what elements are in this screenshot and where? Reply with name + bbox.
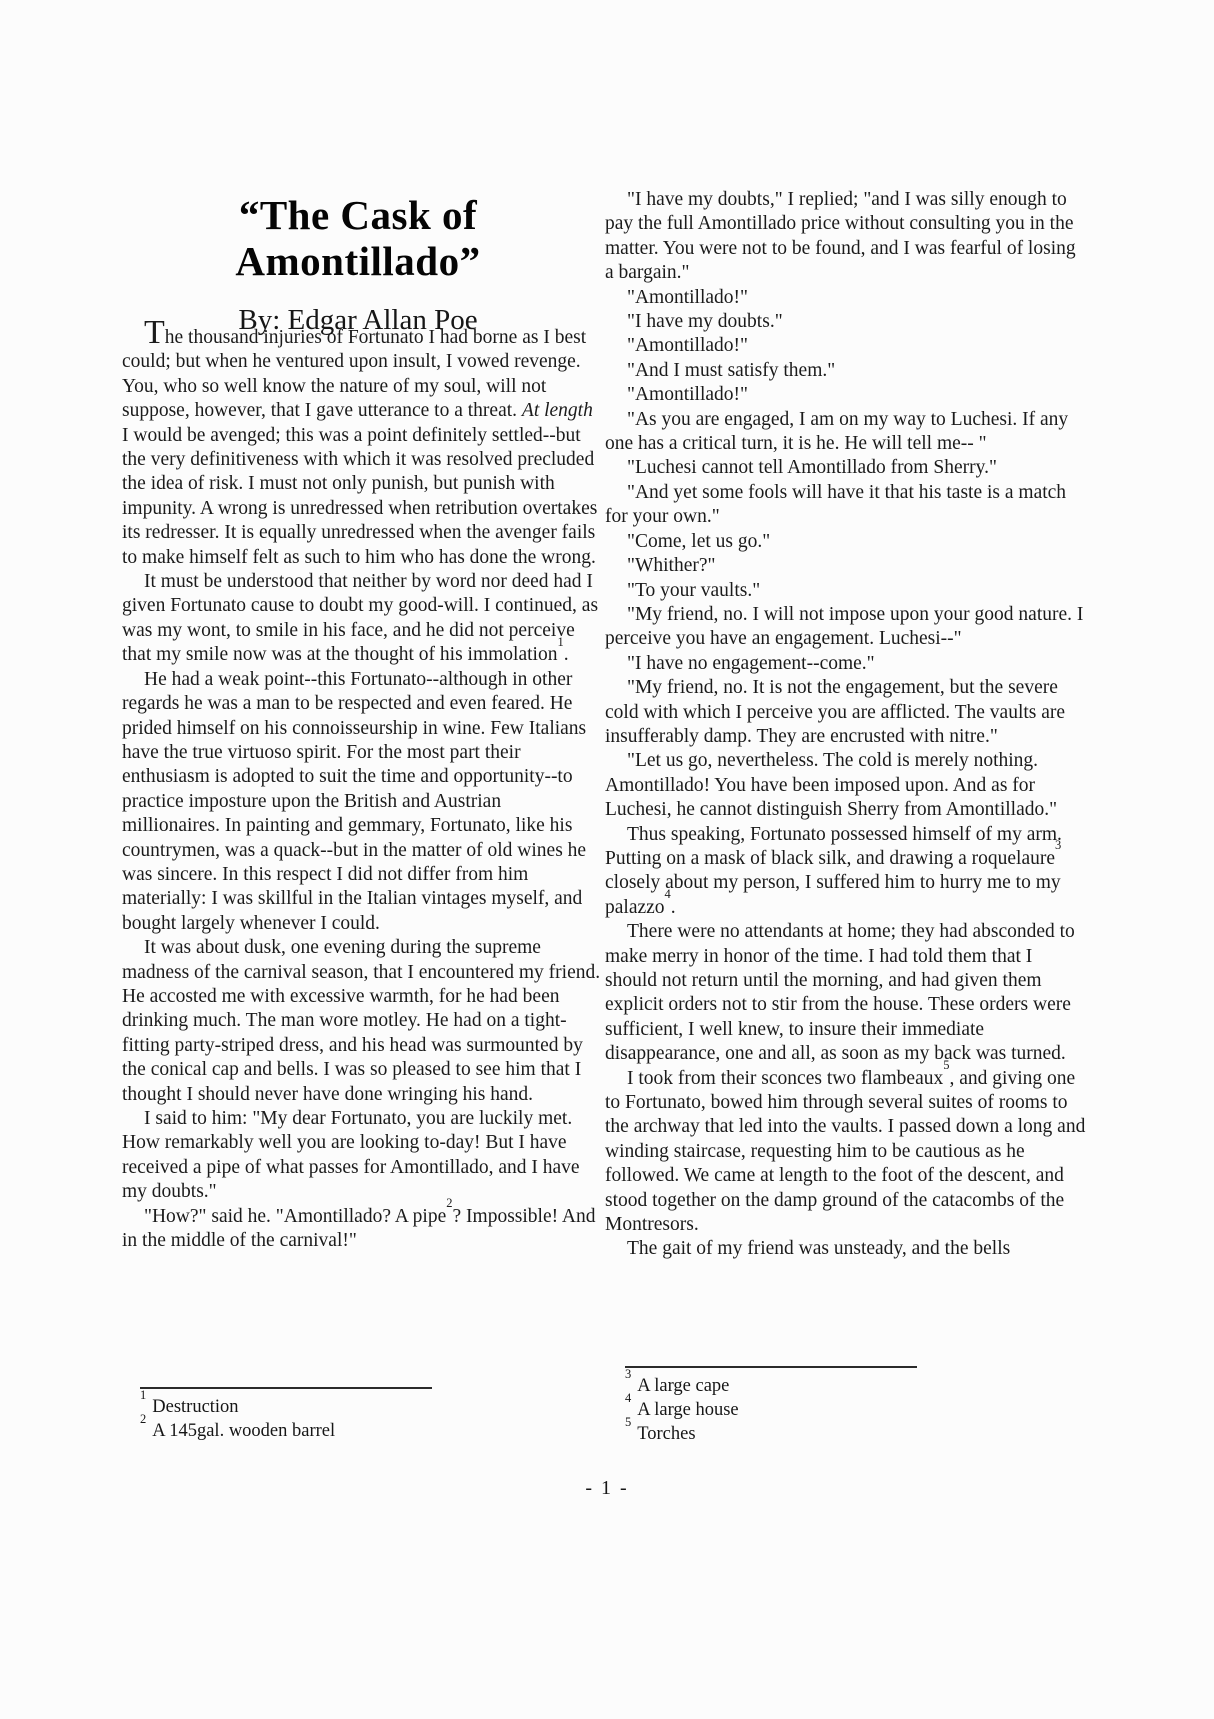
paragraph: "As you are engaged, I am on my way to L… bbox=[605, 408, 1089, 457]
paragraph: Thus speaking, Fortunato possessed himse… bbox=[605, 823, 1089, 921]
footnote-reference: 5 bbox=[943, 1058, 949, 1072]
footnote-text: A large cape bbox=[637, 1376, 729, 1396]
paragraph: "I have my doubts." bbox=[605, 310, 1089, 334]
footnote: 3A large cape bbox=[625, 1374, 1095, 1398]
paragraph: "Amontillado!" bbox=[605, 286, 1089, 310]
paragraph: He had a weak point--this Fortunato--alt… bbox=[122, 668, 602, 936]
paragraph: "My friend, no. I will not impose upon y… bbox=[605, 603, 1089, 652]
paragraph: "Luchesi cannot tell Amontillado from Sh… bbox=[605, 456, 1089, 480]
paragraph: "How?" said he. "Amontillado? A pipe2? I… bbox=[122, 1205, 602, 1254]
title-block: “The Cask of Amontillado” By: Edgar Alla… bbox=[122, 192, 594, 336]
paragraph: The gait of my friend was unsteady, and … bbox=[605, 1237, 1089, 1261]
footnote: 2A 145gal. wooden barrel bbox=[140, 1419, 610, 1443]
paragraph: "My friend, no. It is not the engagement… bbox=[605, 676, 1089, 749]
paragraph: "I have no engagement--come." bbox=[605, 652, 1089, 676]
paragraph: "And I must satisfy them." bbox=[605, 359, 1089, 383]
footnote: 4A large house bbox=[625, 1398, 1095, 1422]
page-title: “The Cask of Amontillado” bbox=[122, 192, 594, 284]
document-page: “The Cask of Amontillado” By: Edgar Alla… bbox=[0, 0, 1214, 1719]
footnote-separator bbox=[140, 1387, 432, 1389]
footnote-reference: 1 bbox=[557, 635, 563, 649]
paragraph: "To your vaults." bbox=[605, 579, 1089, 603]
footnote: 1Destruction bbox=[140, 1395, 610, 1419]
footnote-reference: 4 bbox=[665, 887, 671, 901]
footnote-marker: 3 bbox=[625, 1367, 631, 1381]
footnote-marker: 5 bbox=[625, 1415, 631, 1429]
footnote-text: A large house bbox=[637, 1400, 738, 1420]
paragraph: "And yet some fools will have it that hi… bbox=[605, 481, 1089, 530]
paragraph: I took from their sconces two flambeaux5… bbox=[605, 1067, 1089, 1238]
paragraph: It must be understood that neither by wo… bbox=[122, 570, 602, 668]
paragraph: "Amontillado!" bbox=[605, 383, 1089, 407]
right-footnotes: 3A large cape 4A large house 5Torches bbox=[625, 1366, 1095, 1446]
footnote-reference: 3 bbox=[1055, 838, 1061, 852]
paragraph: "I have my doubts," I replied; "and I wa… bbox=[605, 188, 1089, 286]
paragraph: "Whither?" bbox=[605, 554, 1089, 578]
left-column: The thousand injuries of Fortunato I had… bbox=[122, 326, 602, 1253]
left-footnotes: 1Destruction 2A 145gal. wooden barrel bbox=[140, 1387, 610, 1443]
left-column-text: The thousand injuries of Fortunato I had… bbox=[122, 326, 602, 1253]
footnote-reference: 2 bbox=[446, 1196, 452, 1210]
paragraph: There were no attendants at home; they h… bbox=[605, 920, 1089, 1066]
footnote-marker: 1 bbox=[140, 1388, 146, 1402]
footnote-text: A 145gal. wooden barrel bbox=[152, 1421, 335, 1441]
footnote-text: Torches bbox=[637, 1424, 695, 1444]
paragraph: I said to him: "My dear Fortunato, you a… bbox=[122, 1107, 602, 1205]
footnote: 5Torches bbox=[625, 1422, 1095, 1446]
footnote-marker: 2 bbox=[140, 1412, 146, 1426]
right-column-text: "I have my doubts," I replied; "and I wa… bbox=[605, 188, 1089, 1262]
footnote-text: Destruction bbox=[152, 1397, 238, 1417]
page-number: - 1 - bbox=[0, 1477, 1214, 1500]
right-column: "I have my doubts," I replied; "and I wa… bbox=[605, 188, 1089, 1262]
initial-capital: T bbox=[144, 314, 165, 351]
paragraph: "Come, let us go." bbox=[605, 530, 1089, 554]
paragraph: "Let us go, nevertheless. The cold is me… bbox=[605, 749, 1089, 822]
footnote-marker: 4 bbox=[625, 1391, 631, 1405]
paragraph: The thousand injuries of Fortunato I had… bbox=[122, 326, 602, 570]
paragraph: It was about dusk, one evening during th… bbox=[122, 936, 602, 1107]
paragraph: "Amontillado!" bbox=[605, 334, 1089, 358]
footnote-separator bbox=[625, 1366, 917, 1368]
